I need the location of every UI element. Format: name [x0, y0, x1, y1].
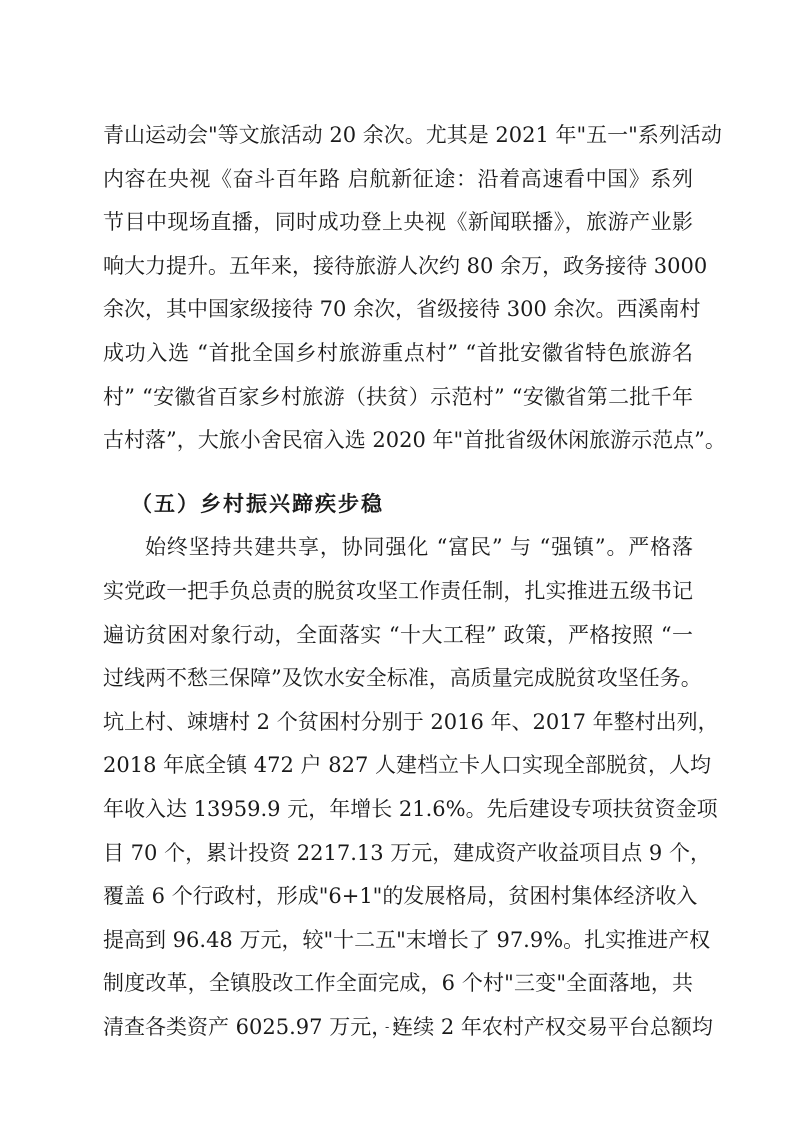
- section-spacer: [103, 463, 693, 483]
- document-page: 青山运动会"等文旅活动 20 余次。尤其是 2021 年"五一"系列活动 内容在…: [103, 114, 693, 1049]
- text-line: 成功入选 “首批全国乡村旅游重点村” “首批安徽省特色旅游名: [103, 332, 693, 376]
- text-line: 目 70 个，累计投资 2217.13 万元，建成资产收益项目点 9 个，: [103, 832, 693, 876]
- text-line: 过线两不愁三保障”及饮水安全标准，高质量完成脱贫攻坚任务。: [103, 657, 693, 701]
- text-line: 节目中现场直播，同时成功登上央视《新闻联播》，旅游产业影: [103, 201, 693, 245]
- text-line: 制度改革，全镇股改工作全面完成，6 个村"三变"全面落地，共: [103, 962, 693, 1006]
- paragraph-tourism: 青山运动会"等文旅活动 20 余次。尤其是 2021 年"五一"系列活动 内容在…: [103, 114, 693, 463]
- text-line: 响大力提升。五年来，接待旅游人次约 80 余万，政务接待 3000: [103, 245, 693, 289]
- text-line: 2018 年底全镇 472 户 827 人建档立卡人口实现全部脱贫，人均: [103, 744, 693, 788]
- text-line: 内容在央视《奋斗百年路 启航新征途：沿着高速看中国》系列: [103, 158, 693, 202]
- section-heading: （五）乡村振兴蹄疾步稳: [103, 483, 693, 527]
- text-line: 余次，其中国家级接待 70 余次，省级接待 300 余次。西溪南村: [103, 288, 693, 332]
- text-line: 青山运动会"等文旅活动 20 余次。尤其是 2021 年"五一"系列活动: [103, 114, 693, 158]
- text-line: 坑上村、竦塘村 2 个贫困村分别于 2016 年、2017 年整村出列，: [103, 701, 693, 745]
- text-line: 提高到 96.48 万元，较"十二五"末增长了 97.9%。扎实推进产权: [103, 919, 693, 963]
- page-number: - 5 -: [0, 1019, 793, 1034]
- text-line: 实党政一把手负总责的脱贫攻坚工作责任制，扎实推进五级书记: [103, 570, 693, 614]
- text-line: 村” “安徽省百家乡村旅游（扶贫）示范村” “安徽省第二批千年: [103, 376, 693, 420]
- paragraph-rural-revitalization: 始终坚持共建共享，协同强化 “富民” 与 “强镇”。严格落 实党政一把手负总责的…: [103, 526, 693, 1049]
- text-line: 覆盖 6 个行政村，形成"6+1"的发展格局，贫困村集体经济收入: [103, 875, 693, 919]
- text-line: 遍访贫困对象行动，全面落实 “十大工程” 政策，严格按照 “一: [103, 614, 693, 658]
- text-line: 始终坚持共建共享，协同强化 “富民” 与 “强镇”。严格落: [103, 526, 693, 570]
- text-line: 古村落”，大旅小舍民宿入选 2020 年"首批省级休闲旅游示范点”。: [103, 419, 693, 463]
- text-line: 年收入达 13959.9 元，年增长 21.6%。先后建设专项扶贫资金项: [103, 788, 693, 832]
